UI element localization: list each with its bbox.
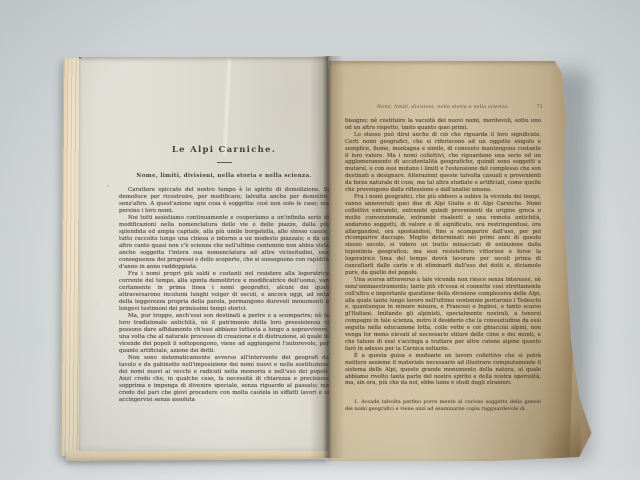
chapter-subtitle: Nome, limiti, divisioni, nella storia e … <box>119 173 329 179</box>
paragraph: Ma, pur troppo, anch'essi son destinati … <box>119 313 329 355</box>
right-page: Nomi, limiti, divisioni, nella storia e … <box>329 61 601 461</box>
paragraph: Lo stesso può dirsi anche di ciò che rig… <box>345 132 541 194</box>
left-page-text-block: Le Alpi Carniche. Nome, limiti, division… <box>119 145 329 404</box>
title-rule <box>217 162 232 163</box>
page-crease <box>223 59 230 155</box>
paragraph: È a questa guisa e mediante un lavoro co… <box>345 353 541 388</box>
curled-corner <box>529 411 581 461</box>
page-number: 71 <box>536 105 543 110</box>
paragraph: Fra i nomi geografici, che più ebbero a … <box>345 194 541 277</box>
book-photograph: Le Alpi Carniche. Nome, limiti, division… <box>0 0 640 480</box>
paragraph: Carattere spiccato del nostro tempo è lo… <box>119 187 329 215</box>
left-page: Le Alpi Carniche. Nome, limiti, division… <box>79 57 328 451</box>
age-spots <box>79 57 81 59</box>
paragraph: Non sono sistematicamente avverso all'in… <box>119 355 329 404</box>
right-page-text-block: Nomi, limiti, divisioni, nella storia e … <box>345 105 541 412</box>
paragraph: Una scorsa attraverso a tale vicenda non… <box>345 277 541 353</box>
running-header-text: Nomi, limiti, divisioni, nella storia e … <box>377 105 509 110</box>
footnote: 1. Accade talvolta perfino porre mente a… <box>345 399 541 412</box>
chapter-title: Le Alpi Carniche. <box>119 145 329 155</box>
paragraph: bisogno; nè costituire la vacuità dei nu… <box>345 118 541 132</box>
running-header: Nomi, limiti, divisioni, nella storia e … <box>345 105 541 110</box>
paragraph: Fra i nomi propri più saldi e costanti n… <box>119 271 329 313</box>
paragraph: Noi tutti assistiamo continuamente e coo… <box>119 215 329 271</box>
